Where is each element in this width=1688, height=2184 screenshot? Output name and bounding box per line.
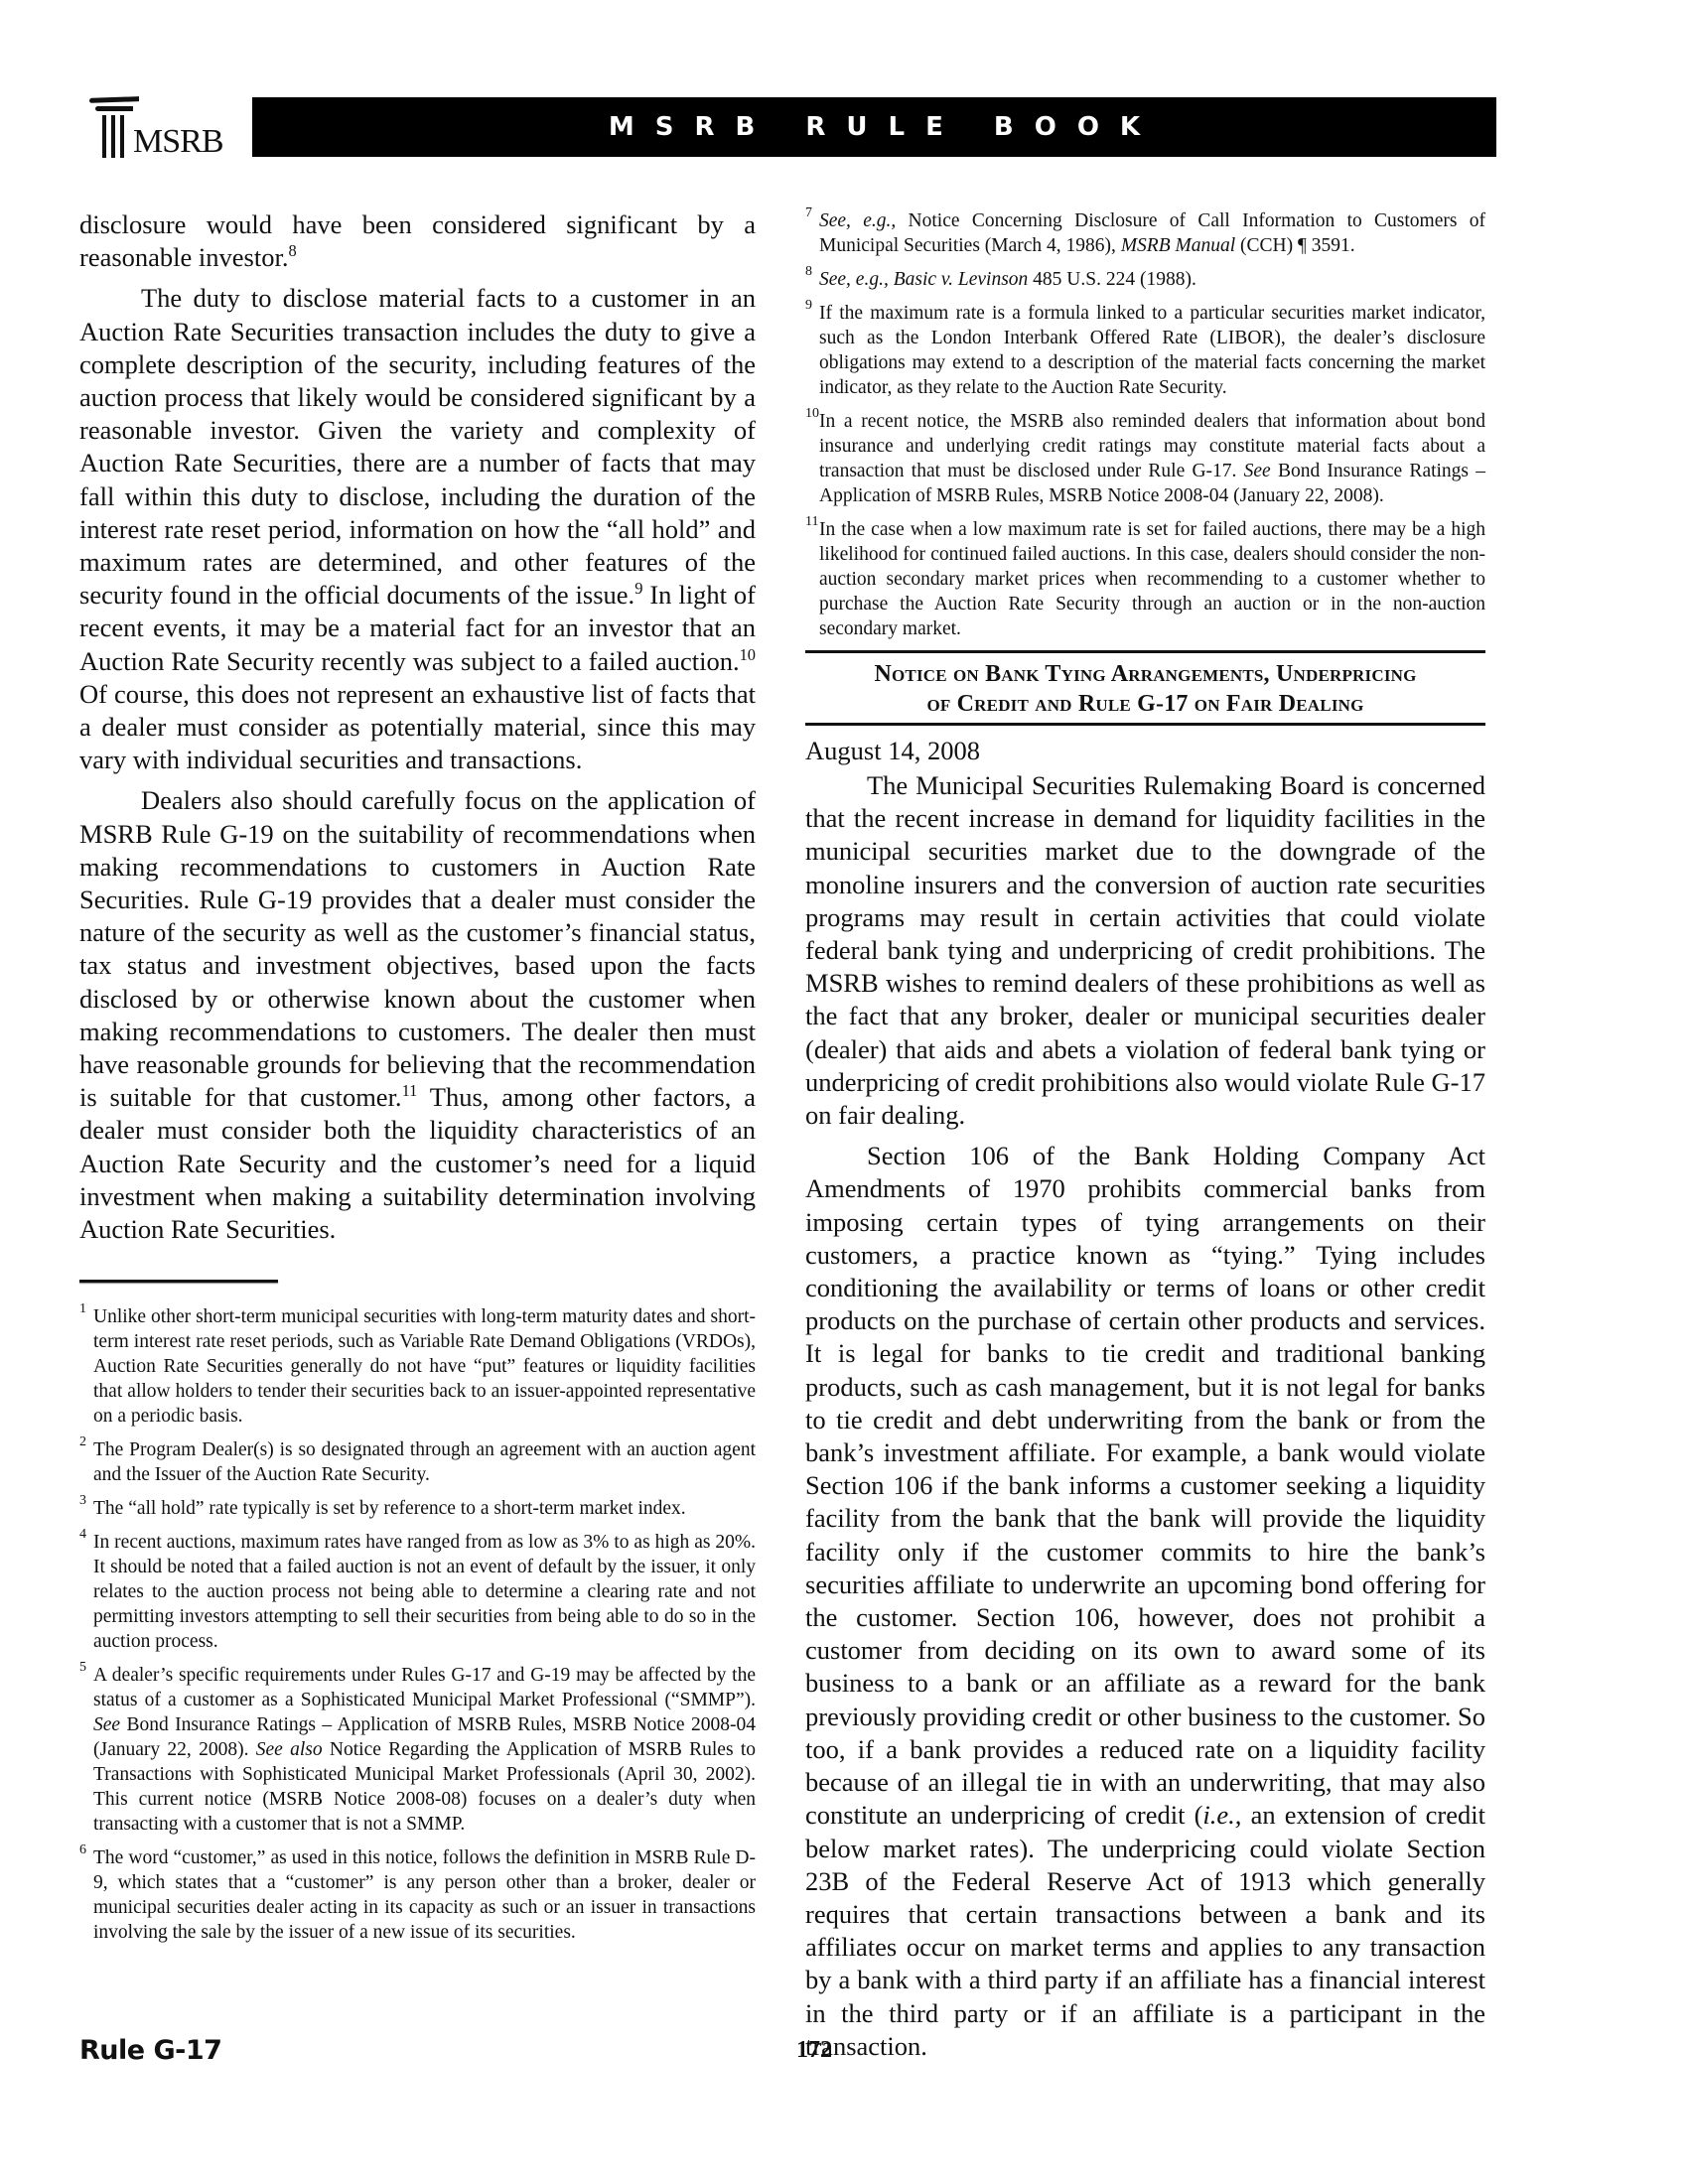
text-run: Of course, this does not represent an ex… bbox=[79, 679, 756, 774]
footnote-number: 8 bbox=[805, 259, 812, 284]
footnote-text: In recent auctions, maximum rates have r… bbox=[93, 1532, 756, 1652]
citation-signal: See bbox=[1244, 461, 1271, 481]
footnote-number: 1 bbox=[79, 1297, 86, 1321]
footnote-text: 485 U.S. 224 (1988). bbox=[1028, 269, 1196, 290]
column-shaft-icon bbox=[120, 115, 124, 158]
footnote-text: In the case when a low maximum rate is s… bbox=[819, 519, 1485, 639]
text-run: The duty to disclose material facts to a… bbox=[79, 283, 756, 610]
citation-signal: See also bbox=[256, 1739, 323, 1760]
footnote-text: The Program Dealer(s) is so designated t… bbox=[93, 1439, 756, 1485]
notice-heading-line: of Credit and Rule G-17 on Fair Dealing bbox=[805, 689, 1485, 719]
footnote-ref[interactable]: 11 bbox=[402, 1081, 418, 1100]
column-capital-icon bbox=[89, 96, 139, 103]
footnote-11: 11In the case when a low maximum rate is… bbox=[805, 517, 1485, 641]
footnote-3: 3The “all hold” rate typically is set by… bbox=[79, 1496, 756, 1521]
footnote-number: 2 bbox=[79, 1430, 86, 1454]
msrb-logo: MSRB bbox=[87, 95, 236, 161]
body-paragraph: disclosure would have been considered si… bbox=[79, 208, 756, 274]
footnote-ref[interactable]: 8 bbox=[288, 241, 296, 260]
text-run: The Municipal Securities Rulemaking Boar… bbox=[805, 770, 1485, 1130]
citation-signal: See, e.g., bbox=[819, 210, 896, 231]
body-paragraph: Dealers also should carefully focus on t… bbox=[79, 784, 756, 1246]
footnote-6: 6The word “customer,” as used in this no… bbox=[79, 1845, 756, 1945]
footnote-4: 4In recent auctions, maximum rates have … bbox=[79, 1530, 756, 1654]
footnote-number: 5 bbox=[79, 1655, 86, 1680]
notice-heading: Notice on Bank Tying Arrangements, Under… bbox=[805, 650, 1485, 726]
logo-wordmark: MSRB bbox=[133, 125, 223, 159]
footnote-text: A dealer’s specific requirements under R… bbox=[93, 1665, 756, 1710]
body-paragraph: The Municipal Securities Rulemaking Boar… bbox=[805, 769, 1485, 1132]
footnote-number: 9 bbox=[805, 293, 812, 318]
notice-heading-line: Notice on Bank Tying Arrangements, Under… bbox=[805, 659, 1485, 689]
footnote-7: 7See, e.g., Notice Concerning Disclosure… bbox=[805, 208, 1485, 258]
text-run: Section 106 of the Bank Holding Company … bbox=[805, 1141, 1485, 1830]
latin-abbrev: i.e., bbox=[1202, 1800, 1241, 1830]
body-paragraph: Section 106 of the Bank Holding Company … bbox=[805, 1140, 1485, 2063]
footnote-9: 9If the maximum rate is a formula linked… bbox=[805, 301, 1485, 400]
text-run: an extension of credit below market rate… bbox=[805, 1800, 1485, 2060]
column-capital-icon-lower bbox=[95, 106, 133, 111]
notice-date: August 14, 2008 bbox=[805, 734, 1485, 767]
publication-title: MSRB Manual bbox=[1121, 235, 1235, 256]
footnote-number: 4 bbox=[79, 1522, 86, 1547]
body-paragraph: The duty to disclose material facts to a… bbox=[79, 282, 756, 776]
footnote-5: 5A dealer’s specific requirements under … bbox=[79, 1663, 756, 1837]
footer-rule-label: Rule G-17 bbox=[79, 2035, 221, 2066]
footnote-10: 10In a recent notice, the MSRB also remi… bbox=[805, 409, 1485, 508]
column-shaft-icon bbox=[111, 115, 115, 158]
left-column: disclosure would have been considered si… bbox=[79, 208, 756, 1954]
column-shaft-icon bbox=[102, 115, 106, 158]
footnote-text: The word “customer,” as used in this not… bbox=[93, 1847, 756, 1943]
right-column: 7See, e.g., Notice Concerning Disclosure… bbox=[805, 208, 1485, 2063]
footnote-separator bbox=[79, 1280, 278, 1283]
footnote-ref[interactable]: 10 bbox=[740, 645, 756, 664]
footnote-text: (CCH) ¶ 3591. bbox=[1235, 235, 1354, 256]
footnote-number: 7 bbox=[805, 201, 812, 225]
footnote-2: 2The Program Dealer(s) is so designated … bbox=[79, 1437, 756, 1487]
footnote-text: Unlike other short-term municipal securi… bbox=[93, 1306, 756, 1427]
footnote-8: 8See, e.g., Basic v. Levinson 485 U.S. 2… bbox=[805, 267, 1485, 292]
header-banner: MSRB RULE BOOK bbox=[252, 97, 1496, 157]
footnote-number: 3 bbox=[79, 1488, 86, 1513]
text-run: Dealers also should carefully focus on t… bbox=[79, 785, 756, 1112]
footnote-number: 6 bbox=[79, 1838, 86, 1862]
footnote-1: 1Unlike other short-term municipal secur… bbox=[79, 1304, 756, 1429]
text-run: disclosure would have been considered si… bbox=[79, 209, 756, 272]
footnote-number: 11 bbox=[805, 509, 818, 534]
page-number: 172 bbox=[784, 2037, 844, 2064]
footnote-text: If the maximum rate is a formula linked … bbox=[819, 303, 1485, 398]
footnote-text: The “all hold” rate typically is set by … bbox=[93, 1498, 686, 1519]
banner-title: MSRB RULE BOOK bbox=[588, 112, 1161, 142]
footnote-number: 10 bbox=[805, 401, 819, 426]
case-name: See, e.g., Basic v. Levinson bbox=[819, 269, 1028, 290]
citation-signal: See bbox=[93, 1714, 120, 1735]
